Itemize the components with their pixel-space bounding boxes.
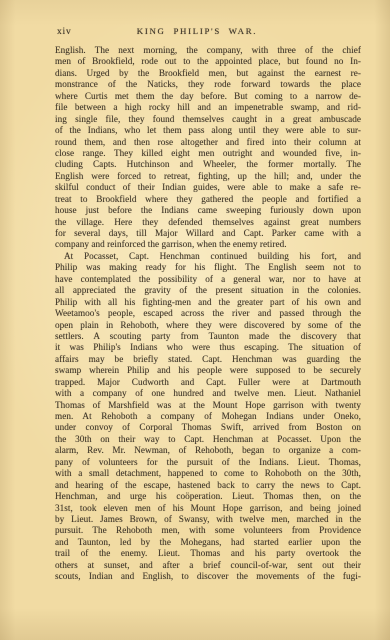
text-line: close range. They killed eight men outri…: [55, 148, 361, 159]
text-line: others at sunset, and after a brief coun…: [55, 560, 361, 571]
text-line: dians. Urged by the Brookfield men, but …: [55, 68, 361, 79]
running-title: KING PHILIP'S WAR.: [0, 26, 390, 36]
text-line: alarm, Rev. Mr. Newman, of Rehoboth, beg…: [55, 445, 361, 456]
text-line: the village. Here they defended themselv…: [55, 217, 361, 228]
text-line: trail of the enemy. Lieut. Thomas and hi…: [55, 548, 361, 559]
text-line: all appreciated the gravity of the prese…: [55, 285, 361, 296]
text-line: the 30th on their way to Capt. Henchman …: [55, 434, 361, 445]
text-line: English. The next morning, the company, …: [55, 45, 361, 56]
text-line: and hearing of the escape, hastened back…: [55, 480, 361, 491]
text-line: and Taunton, led by the Mohegans, had st…: [55, 537, 361, 548]
text-line: with a company of one hundred and twelve…: [55, 388, 361, 399]
text-line: treat to Brookfield where they gathered …: [55, 194, 361, 205]
text-line: At Pocasset, Capt. Henchman continued bu…: [55, 251, 361, 262]
text-line: men of Brookfield, rode out to the appoi…: [55, 56, 361, 67]
text-line: Thomas of Marshfield was at the Mount Ho…: [55, 400, 361, 411]
body-text-block: English. The next morning, the company, …: [55, 45, 361, 583]
text-line: with a small detachment, happened to com…: [55, 468, 361, 479]
page-header: xiv KING PHILIP'S WAR.: [0, 26, 390, 39]
text-line: pursuit. The Rehoboth men, with some vol…: [55, 525, 361, 536]
text-line: skilful conduct of their Indian guides, …: [55, 182, 361, 193]
text-line: cluding Capts. Hutchinson and Wheeler, t…: [55, 159, 361, 170]
text-line: swamp wherein Philip and his people were…: [55, 365, 361, 376]
text-line: affairs may be briefly stated. Capt. Hen…: [55, 354, 361, 365]
text-line: Weetamoo's people, escaped across the ri…: [55, 308, 361, 319]
text-line: for several days, till Major Willard and…: [55, 228, 361, 239]
text-line: under convoy of Corporal Thomas Swift, a…: [55, 422, 361, 433]
text-line: Philip with all his fighting-men and the…: [55, 297, 361, 308]
text-line: by Lieut. James Brown, of Swansy, with t…: [55, 514, 361, 525]
text-line: house just before the Indians came sweep…: [55, 205, 361, 216]
book-page: xiv KING PHILIP'S WAR. English. The next…: [0, 0, 390, 640]
text-line: Philip was making ready for his flight. …: [55, 262, 361, 273]
text-line: Henchman, and urge his coöperation. Lieu…: [55, 491, 361, 502]
text-line: trapped. Major Cudworth and Capt. Fuller…: [55, 377, 361, 388]
text-line: it was Philip's Indians who were thus es…: [55, 342, 361, 353]
text-line: settlers. A scouting party from Taunton …: [55, 331, 361, 342]
text-line: company and reinforced the garrison, whe…: [55, 239, 361, 250]
text-line: where Curtis met them the day before. Bu…: [55, 91, 361, 102]
text-line: English were forced to retreat, fighting…: [55, 171, 361, 182]
text-line: round them, and then rose altogether and…: [55, 137, 361, 148]
text-line: pany of volunteers for the pursuit of th…: [55, 457, 361, 468]
text-line: have contemplated the possibility of a g…: [55, 274, 361, 285]
text-line: open plain in Rehoboth, where they were …: [55, 320, 361, 331]
text-line: scouts, Indian and English, to discover …: [55, 571, 361, 582]
text-line: monstrance of the Naticks, they rode for…: [55, 79, 361, 90]
text-line: ing single file, they found themselves c…: [55, 114, 361, 125]
text-line: file between a high rocky hill and an im…: [55, 102, 361, 113]
text-line: of the Indians, who let them pass along …: [55, 125, 361, 136]
scanned-book-page-screenshot: { "colors": { "paper": "#f1dba3", "ink":…: [0, 0, 390, 640]
text-line: 31st, took eleven men of his Mount Hope …: [55, 503, 361, 514]
text-line: men. At Rehoboth a company of Mohegan In…: [55, 411, 361, 422]
